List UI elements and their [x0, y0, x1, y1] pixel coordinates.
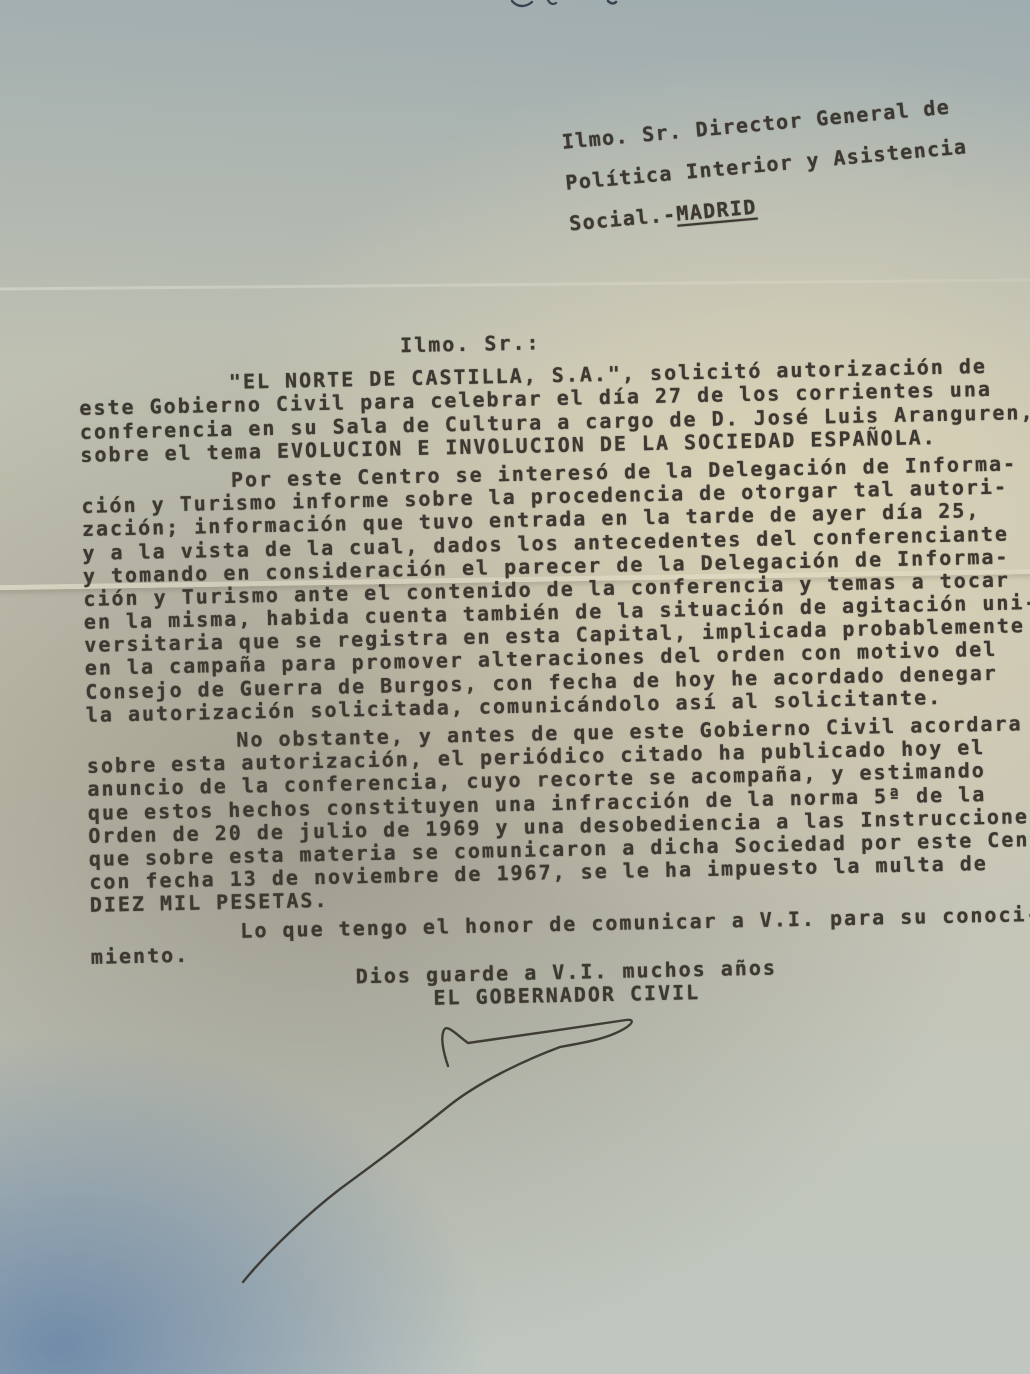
recipient-line-prefix: Social.- — [568, 202, 677, 236]
paragraph-3: No obstante, y antes de que este Gobiern… — [86, 712, 1030, 917]
letter-body: Ilmo. Sr.: "EL NORTE DE CASTILLA, S.A.",… — [78, 321, 1030, 1017]
fold-crease-upper — [0, 278, 1030, 290]
photographed-letter: Ilmo. Sr. Director General de Política I… — [0, 0, 1030, 1374]
recipient-city: MADRID — [675, 195, 757, 226]
recipient-block: Ilmo. Sr. Director General de Política I… — [560, 85, 973, 244]
signature — [218, 1008, 654, 1300]
paragraph-1: "EL NORTE DE CASTILLA, S.A.", solicitó a… — [79, 354, 1030, 467]
ink-mark — [490, 0, 650, 14]
paragraph-2: Por este Centro se interesó de la Delega… — [81, 452, 1030, 727]
